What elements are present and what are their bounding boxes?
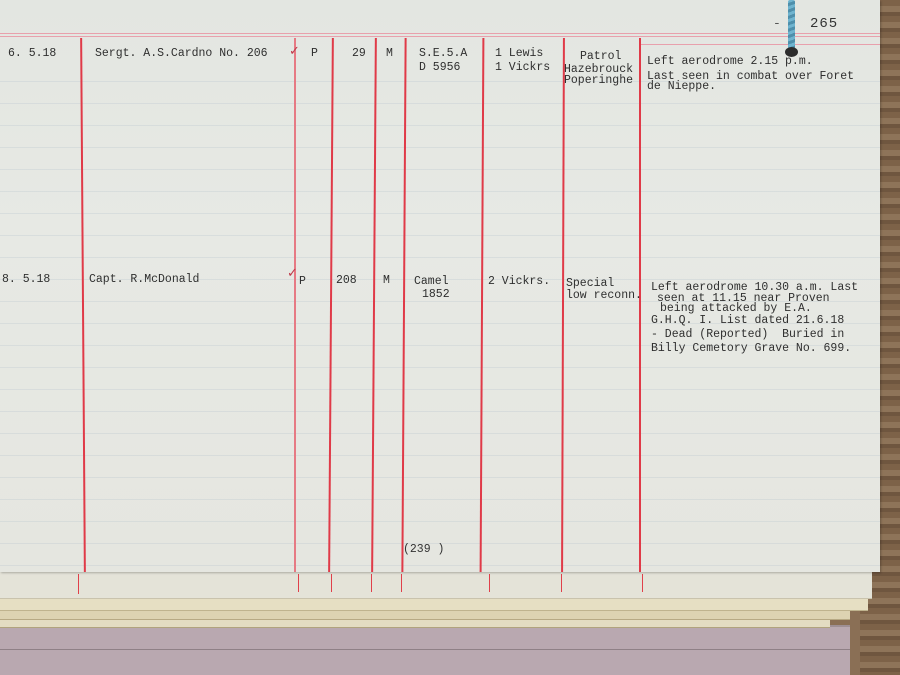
remarks-line: Left aerodrome 2.15 p.m.: [647, 55, 813, 68]
margin-mark: -: [773, 16, 781, 31]
duty: Poperinghe: [564, 74, 633, 87]
aircraft-type: Camel: [414, 275, 449, 288]
aircraft-serial: 1852: [422, 288, 450, 301]
ledger-page: - 265 6. 5.18 Sergt. A.S.Cardno No. 206 …: [0, 0, 880, 572]
entry-type: P: [311, 47, 318, 60]
armament: 1 Lewis: [495, 47, 543, 60]
header-rule: [0, 36, 880, 37]
check-mark-icon: ✓: [287, 266, 298, 281]
aircraft-serial: D 5956: [419, 61, 460, 74]
aircraft-type: S.E.5.A: [419, 47, 467, 60]
entry-status: M: [386, 47, 393, 60]
page-edge: [0, 570, 872, 599]
entry-date: 6. 5.18: [8, 47, 56, 60]
entry-name: Sergt. A.S.Cardno No. 206: [95, 47, 268, 60]
remarks-line: de Nieppe.: [647, 80, 716, 93]
folder-cover: [0, 625, 850, 675]
column-rule: [639, 38, 641, 572]
remarks-line: G.H.Q. I. List dated 21.6.18: [651, 314, 844, 327]
remarks-line: - Dead (Reported) Buried in: [651, 328, 844, 341]
page-number: 265: [810, 16, 838, 32]
remarks-line: Billy Cemetory Grave No. 699.: [651, 342, 851, 355]
entry-date: 8. 5.18: [2, 273, 50, 286]
column-rule: [294, 38, 296, 572]
check-mark-icon: ✓: [289, 44, 300, 59]
armament: 1 Vickrs: [495, 61, 550, 74]
entry-status: M: [383, 274, 390, 287]
entry-name: Capt. R.McDonald: [89, 273, 199, 286]
header-rule: [640, 44, 880, 45]
binding-string: [788, 0, 795, 52]
header-rule: [0, 33, 880, 34]
entry-squadron: 208: [336, 274, 357, 287]
duty: low reconn.: [566, 289, 642, 302]
entry-type: P: [299, 275, 306, 288]
duty: Patrol: [580, 50, 621, 63]
footer-page-number: (239 ): [403, 543, 444, 556]
armament: 2 Vickrs.: [488, 275, 550, 288]
entry-squadron: 29: [352, 47, 366, 60]
